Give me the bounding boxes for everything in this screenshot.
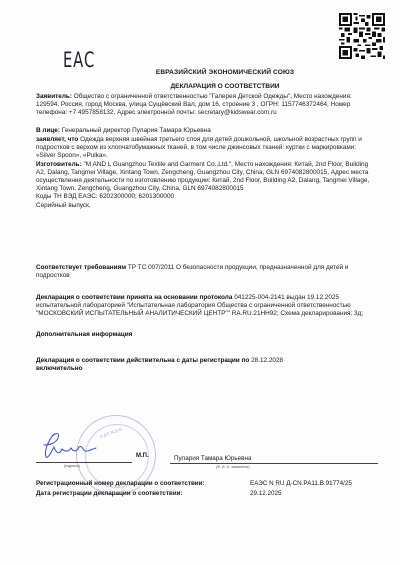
- applicant-text: Общество с ограниченной ответственностью…: [36, 93, 352, 116]
- requirements-section: Соответствует требованиям ТР ТС 007/2011…: [36, 264, 376, 280]
- manufacturer-label: Изготовитель:: [36, 161, 82, 168]
- requirements-label: Соответствует требованиям: [36, 264, 126, 271]
- declares-label: заявляет, что: [36, 136, 78, 143]
- serial-release: Серийный выпуск,: [36, 202, 376, 210]
- additional-info-section: Дополнительная информация: [36, 331, 376, 339]
- seal-place-label: М.П.: [136, 453, 149, 459]
- signature-caption: (подпись): [64, 464, 80, 468]
- in-person-text: Генеральный директор Пулария Тамара Юрье…: [62, 127, 211, 134]
- name-line: [170, 463, 378, 464]
- registration-date-value: 29.12.2025: [250, 490, 282, 497]
- name-caption: (Ф. И. О. заявителя): [216, 465, 250, 469]
- declares-section: заявляет, что Одежда верхняя швейная тре…: [36, 136, 376, 161]
- registration-number-label: Регистрационный номер декларации о соотв…: [36, 480, 205, 487]
- hs-codes: Коды ТН ВЭД ЕАЭС: 6202300000; 6201300000: [36, 193, 376, 201]
- validity-suffix: включительно: [36, 365, 83, 372]
- union-heading: ЕВРАЗИЙСКИЙ ЭКОНОМИЧЕСКИЙ СОЮЗ: [0, 69, 400, 76]
- signature-area: ОДЕЖДЫ (подпись) М.П. Пулария Тамара Юрь…: [36, 415, 381, 475]
- in-person-label: В лице:: [36, 127, 60, 134]
- in-person-section: В лице: Генеральный директор Пулария Там…: [36, 127, 376, 135]
- applicant-label: Заявитель:: [36, 93, 72, 100]
- registration-date-label: Дата регистрации декларации о соответств…: [36, 490, 183, 497]
- declares-text: Одежда верхняя швейная третьего слоя для…: [36, 136, 362, 159]
- qr-code-icon: [339, 13, 385, 59]
- manufacturer-section: Изготовитель: "M AND L Guangzhou Textile…: [36, 161, 376, 194]
- additional-info-label: Дополнительная информация: [36, 331, 132, 338]
- handwritten-signature-icon: [38, 429, 98, 461]
- document-title: ДЕКЛАРАЦИЯ О СООТВЕТСТВИИ: [0, 83, 400, 90]
- declaration-page: ЕАС ЕВРАЗИЙСКИЙ ЭКОНОМИЧЕСКИЙ СОЮЗ ДЕКЛА…: [0, 0, 400, 565]
- applicant-section: Заявитель: Общество с ограниченной ответ…: [36, 93, 376, 118]
- manufacturer-text: "M AND L Guangzhou Textile and Garment C…: [36, 161, 369, 193]
- protocol-section: Декларация о соответствии принята на осн…: [36, 294, 376, 319]
- validity-section: Декларация о соответствии действительна …: [36, 357, 376, 373]
- validity-label: Декларация о соответствии действительна …: [36, 357, 249, 364]
- signatory-name: Пулария Тамара Юрьевна: [174, 455, 252, 462]
- signature-line: [36, 462, 132, 463]
- declaration-body: заявляет, что Одежда верхняя швейная тре…: [36, 136, 376, 210]
- registration-number-value: ЕАЭС N RU Д-CN.РА11.В.91774/25: [250, 480, 352, 487]
- validity-date: 28.12.2028: [251, 357, 283, 364]
- protocol-label: Декларация о соответствии принята на осн…: [36, 294, 232, 301]
